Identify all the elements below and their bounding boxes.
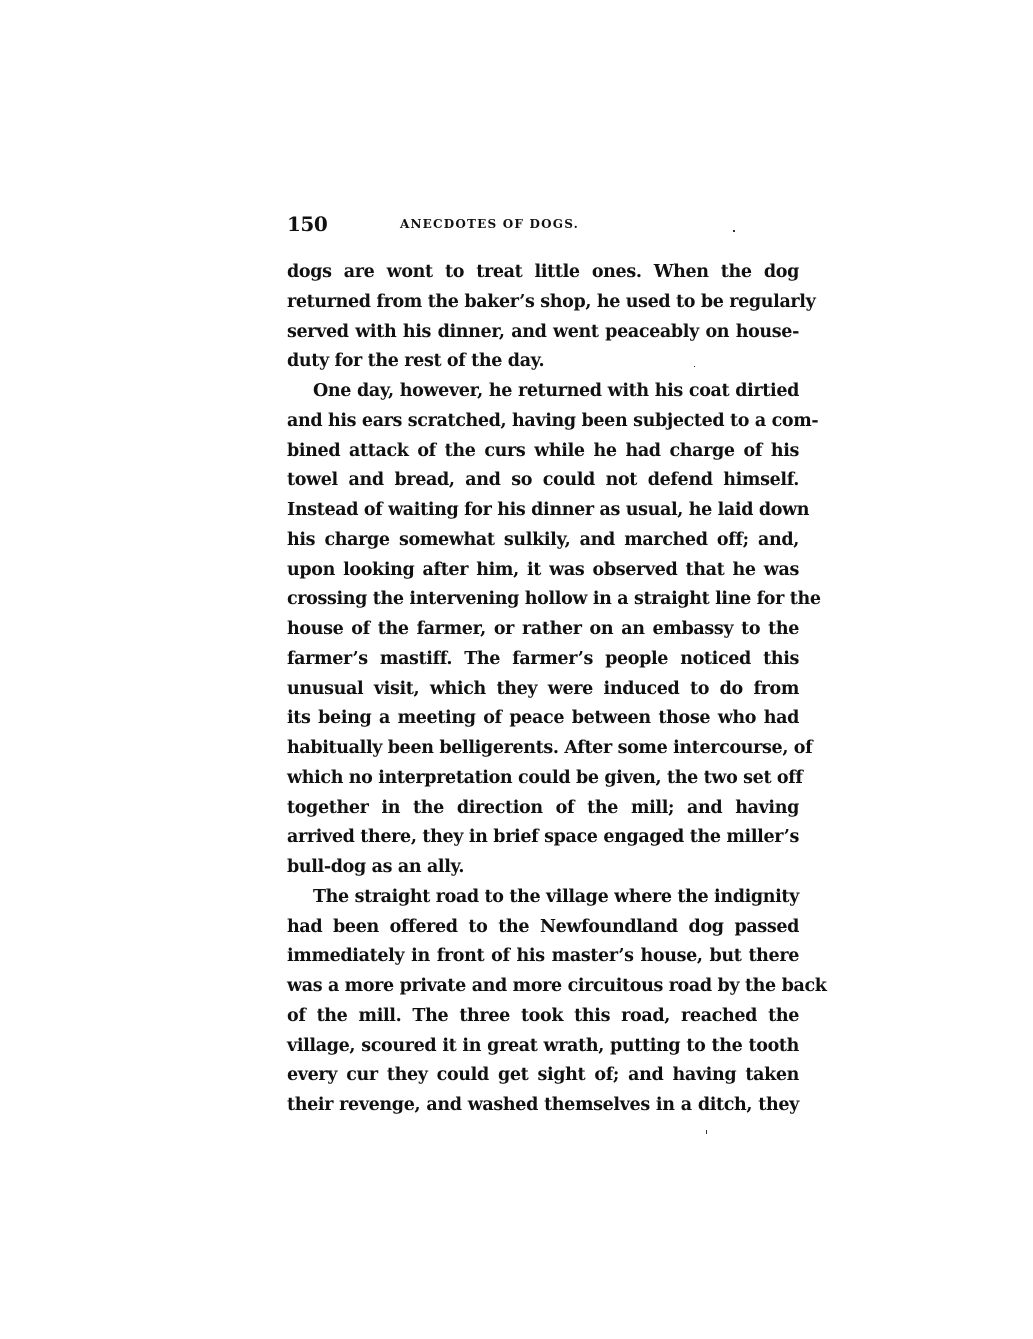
text-line: served with his dinner, and went peaceab…	[287, 318, 799, 348]
text-line: his charge somewhat sulkily, and marched…	[287, 526, 799, 556]
text-line: immediately in front of his master’s hou…	[287, 942, 799, 972]
text-line: of the mill. The three took this road, r…	[287, 1002, 799, 1032]
text-line: arrived there, they in brief space engag…	[287, 823, 799, 853]
book-page: 150 ANECDOTES OF DOGS. dogs are wont to …	[0, 0, 1033, 1339]
text-line: duty for the rest of the day.	[287, 347, 799, 377]
text-line: unusual visit, which they were induced t…	[287, 675, 799, 705]
text-line: was a more private and more circuitous r…	[287, 972, 799, 1002]
text-line: habitually been belligerents. After some…	[287, 734, 799, 764]
text-line: village, scoured it in great wrath, putt…	[287, 1032, 799, 1062]
text-line: together in the direction of the mill; a…	[287, 794, 799, 824]
text-line: every cur they could get sight of; and h…	[287, 1061, 799, 1091]
page-number: 150	[287, 212, 327, 236]
text-line: One day, however, he returned with his c…	[287, 377, 799, 407]
text-line: The straight road to the village where t…	[287, 883, 799, 913]
scan-speck	[706, 1130, 707, 1134]
text-line: their revenge, and washed themselves in …	[287, 1091, 799, 1121]
paragraph-3: The straight road to the village where t…	[287, 883, 799, 1121]
text-line: which no interpretation could be given, …	[287, 764, 799, 794]
text-line: Instead of waiting for his dinner as usu…	[287, 496, 799, 526]
text-line: crossing the intervening hollow in a str…	[287, 585, 799, 615]
text-line: and his ears scratched, having been subj…	[287, 407, 799, 437]
text-line: bull-dog as an ally.	[287, 853, 799, 883]
text-line: farmer’s mastiff. The farmer’s people no…	[287, 645, 799, 675]
text-line: had been offered to the Newfoundland dog…	[287, 913, 799, 943]
running-head: ANECDOTES OF DOGS.	[400, 217, 579, 231]
text-line: its being a meeting of peace between tho…	[287, 704, 799, 734]
text-line: upon looking after him, it was observed …	[287, 556, 799, 586]
page-header: 150 ANECDOTES OF DOGS.	[287, 212, 799, 242]
text-line: dogs are wont to treat little ones. When…	[287, 258, 799, 288]
scan-speck	[733, 230, 735, 232]
text-line: house of the farmer, or rather on an emb…	[287, 615, 799, 645]
paragraph-1: dogs are wont to treat little ones. When…	[287, 258, 799, 377]
text-line: returned from the baker’s shop, he used …	[287, 288, 799, 318]
text-line: towel and bread, and so could not defend…	[287, 466, 799, 496]
body-text: dogs are wont to treat little ones. When…	[287, 258, 799, 1121]
paragraph-2: One day, however, he returned with his c…	[287, 377, 799, 883]
text-line: bined attack of the curs while he had ch…	[287, 437, 799, 467]
